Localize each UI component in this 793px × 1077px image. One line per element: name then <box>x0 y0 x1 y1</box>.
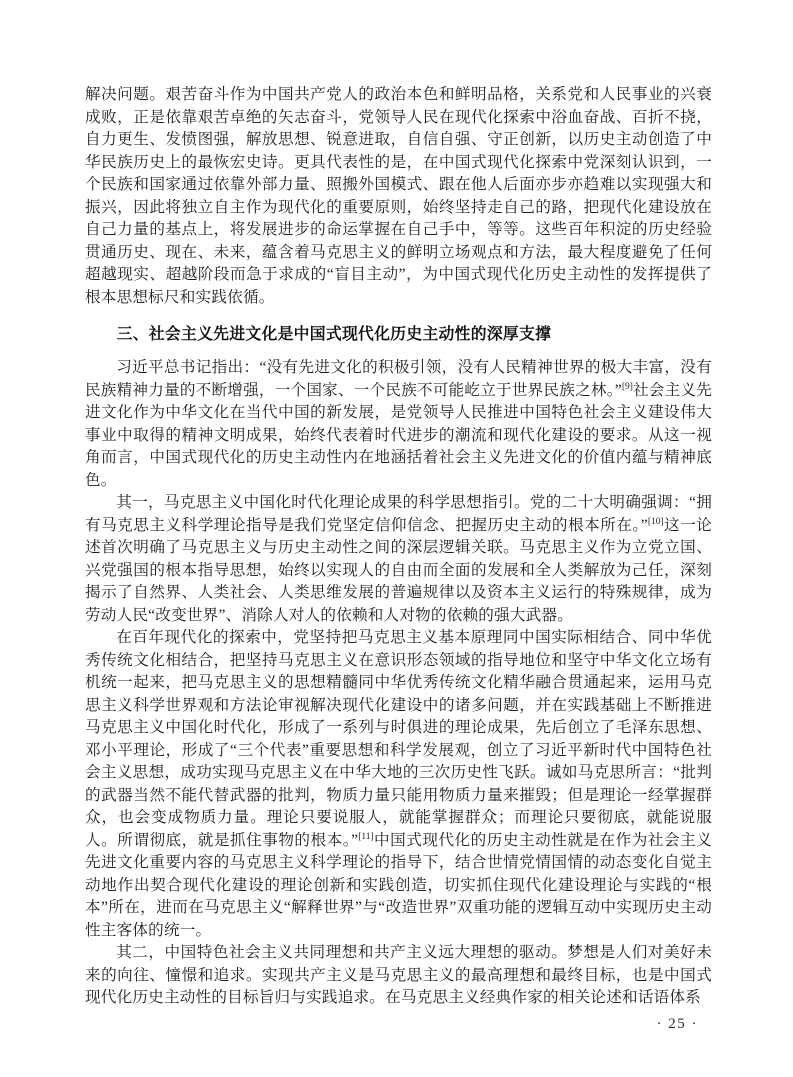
paragraph-text: 解决问题。艰苦奋斗作为中国共产党人的政治本色和鲜明品格，关系党和人民事业的兴衰成… <box>85 86 712 306</box>
paragraph-quote-xi: 习近平总书记指出：“没有先进文化的积极引领，没有人民精神世界的极大丰富，没有民族… <box>85 357 712 492</box>
article-body: 解决问题。艰苦奋斗作为中国共产党人的政治本色和鲜明品格，关系党和人民事业的兴衰成… <box>85 84 712 1035</box>
paragraph-marxism-sinicization: 在百年现代化的探索中，党坚持把马克思主义基本原理同中国实际相结合、同中华优秀传统… <box>85 627 712 942</box>
paragraph-continuation: 解决问题。艰苦奋斗作为中国共产党人的政治本色和鲜明品格，关系党和人民事业的兴衰成… <box>85 84 712 309</box>
footnote-ref-10: [10] <box>648 516 664 526</box>
paragraph-text: 在百年现代化的探索中，党坚持把马克思主义基本原理同中国实际相结合、同中华优秀传统… <box>85 629 712 849</box>
section-heading: 三、社会主义先进文化是中国式现代化历史主动性的深厚支撑 <box>85 324 712 346</box>
footnote-ref-9: [9] <box>622 381 633 391</box>
document-page: 解决问题。艰苦奋斗作为中国共产党人的政治本色和鲜明品格，关系党和人民事业的兴衰成… <box>0 0 793 1077</box>
paragraph-point-one: 其一，马克思主义中国化时代化理论成果的科学思想指引。党的二十大明确强调：“拥有马… <box>85 492 712 627</box>
paragraph-text: 其一，马克思主义中国化时代化理论成果的科学思想指引。党的二十大明确强调：“拥有马… <box>85 494 712 534</box>
footnote-ref-11: [11] <box>358 831 373 841</box>
page-number: · 25 · <box>85 1013 712 1036</box>
paragraph-text: 习近平总书记指出：“没有先进文化的积极引领，没有人民精神世界的极大丰富，没有民族… <box>85 359 712 399</box>
paragraph-point-two: 其二，中国特色社会主义共同理想和共产主义远大理想的驱动。梦想是人们对美好未来的向… <box>85 942 712 1010</box>
paragraph-text: 其二，中国特色社会主义共同理想和共产主义远大理想的驱动。梦想是人们对美好未来的向… <box>85 944 712 1006</box>
